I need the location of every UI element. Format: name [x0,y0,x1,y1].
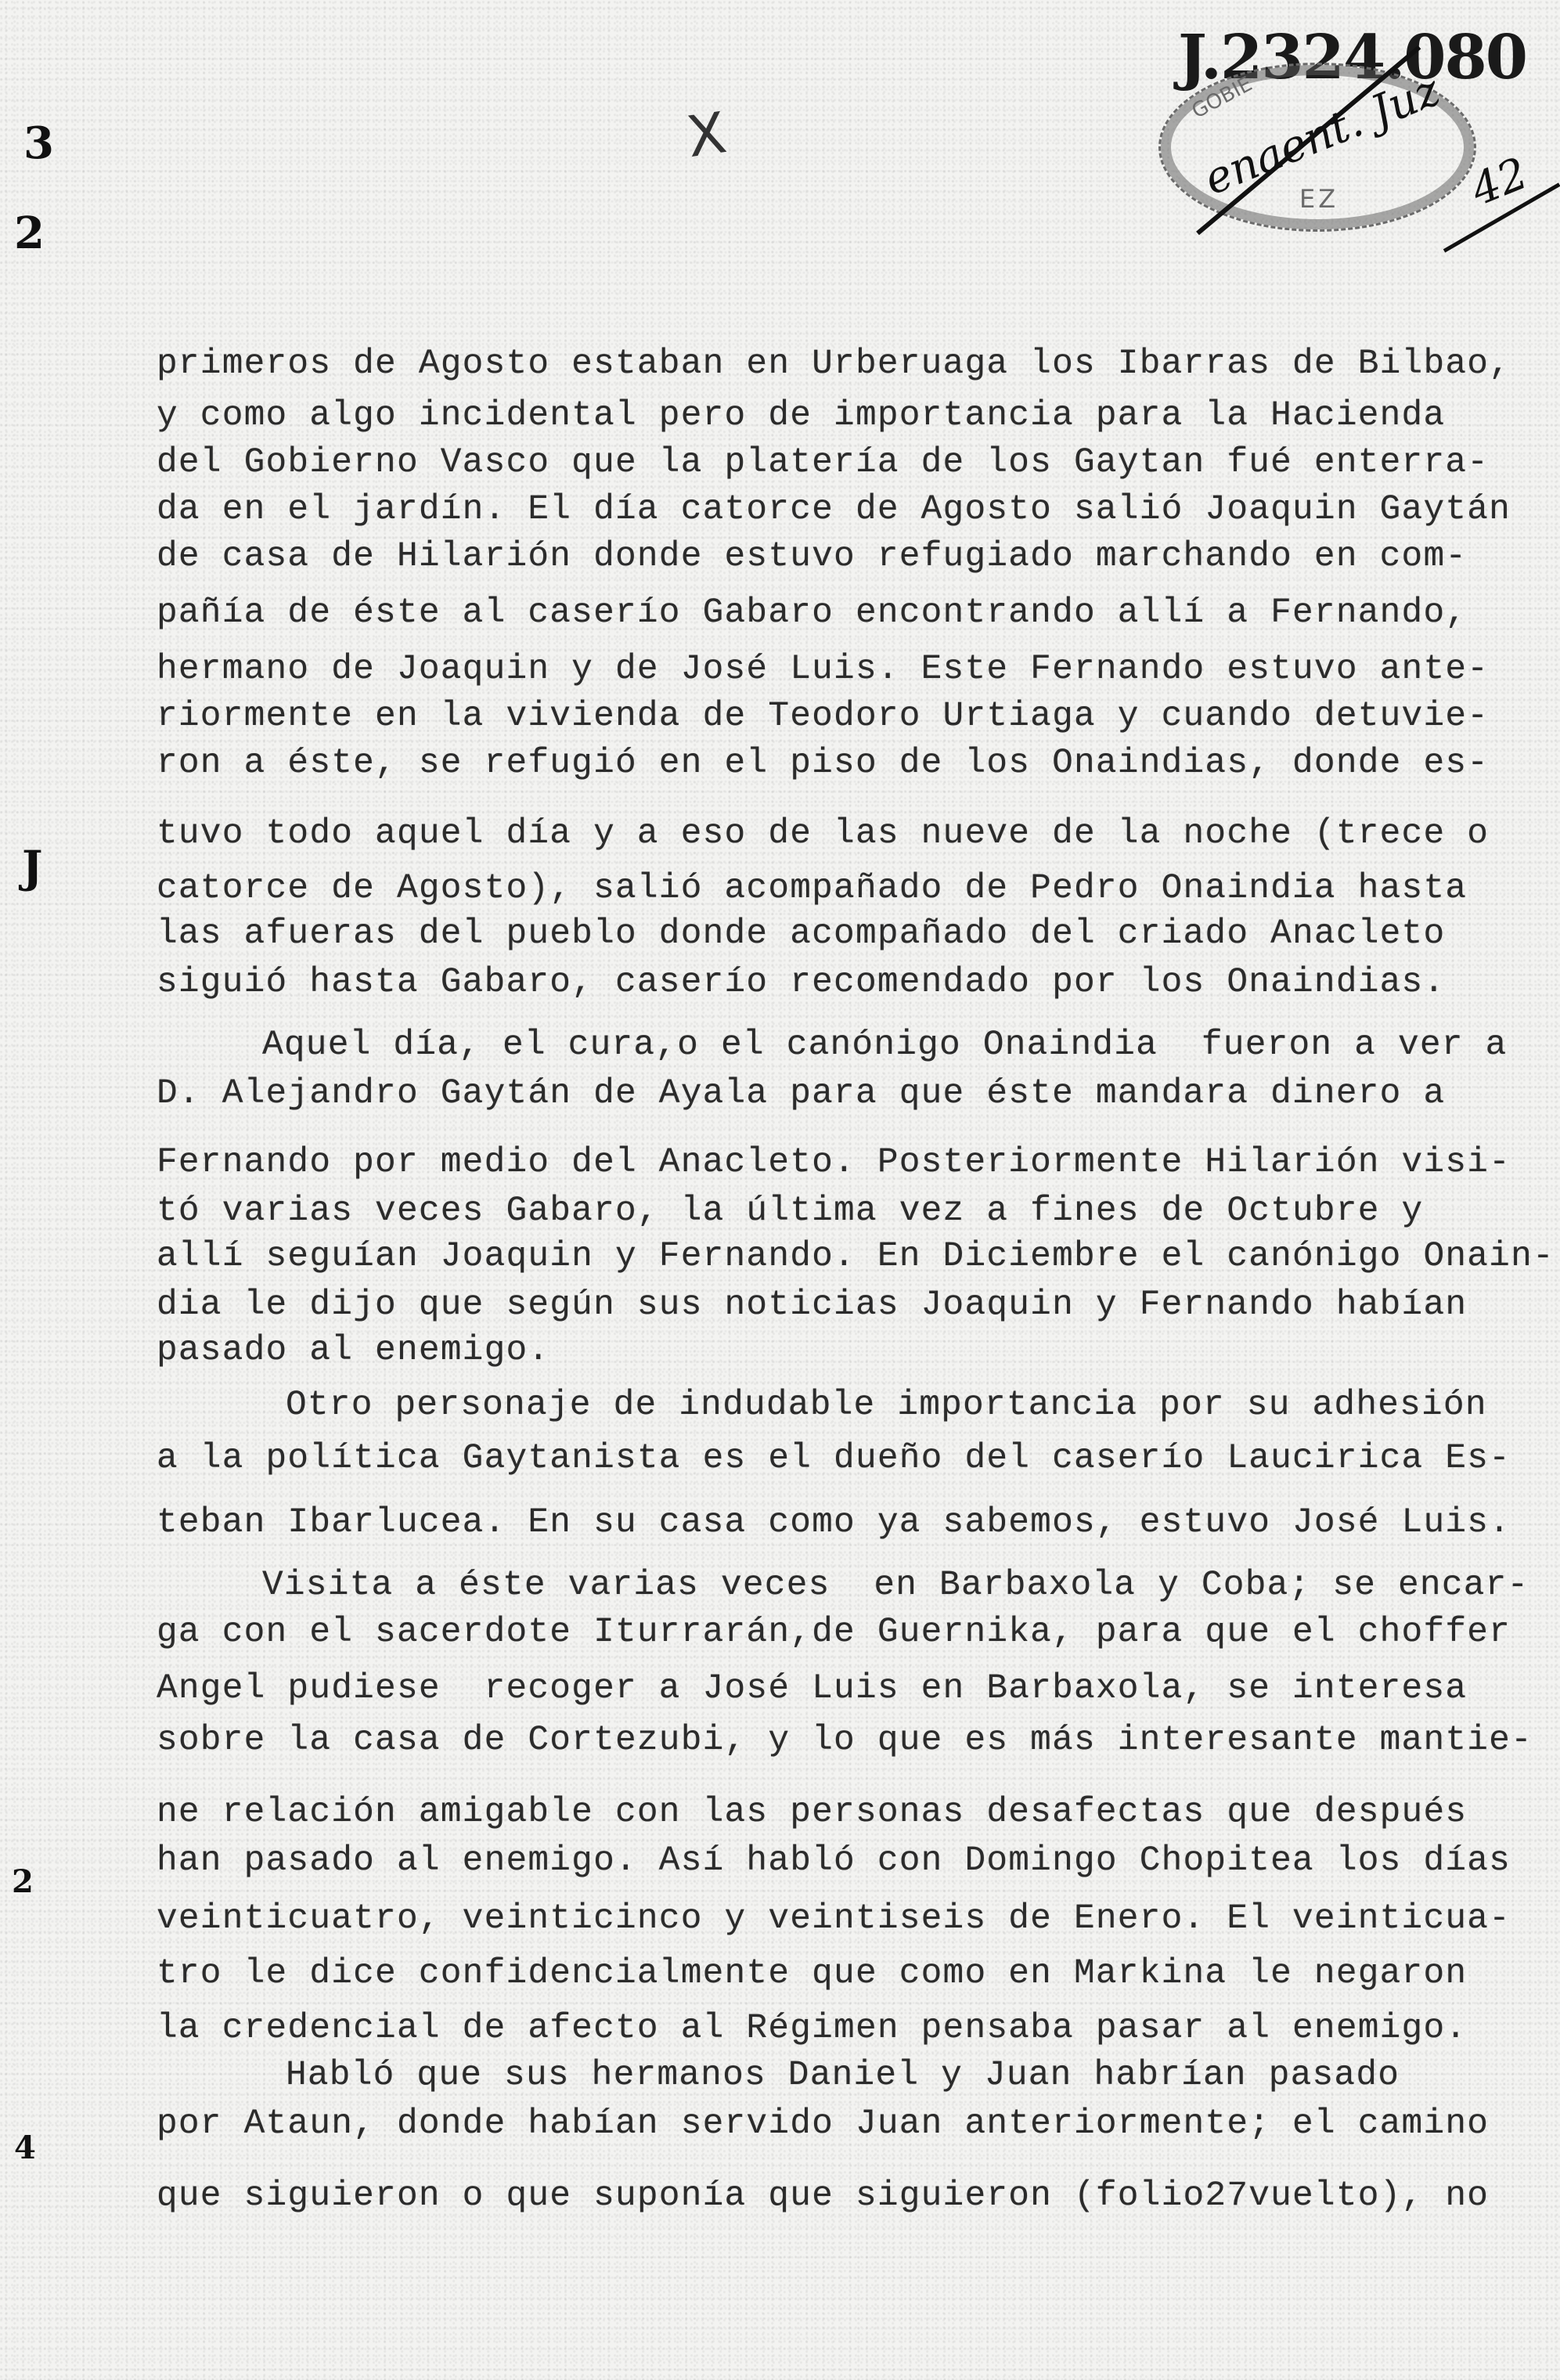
margin-mark: 4 [14,2129,36,2166]
text-line: ne relación amigable con las personas de… [157,1793,1467,1832]
margin-mark: 2 [14,207,45,259]
text-line: Visita a éste varias veces en Barbaxola … [262,1566,1529,1605]
text-line: a la política Gaytanista es el dueño del… [157,1439,1511,1478]
stamp-bottom-text: EZ [1299,184,1338,214]
text-line: siguió hasta Gabaro, caserío recomendado… [157,963,1445,1002]
text-line: ron a éste, se refugió en el piso de los… [157,744,1489,783]
text-line: catorce de Agosto), salió acompañado de … [157,869,1467,908]
text-line: D. Alejandro Gaytán de Ayala para que és… [157,1074,1445,1113]
text-line: dia le dijo que según sus noticias Joaqu… [157,1286,1467,1325]
text-line: Otro personaje de indudable importancia … [286,1386,1487,1425]
text-line: tro le dice confidencialmente que como e… [157,1954,1467,1993]
text-line: Aquel día, el cura,o el canónigo Onaindi… [262,1026,1508,1065]
text-line: Habló que sus hermanos Daniel y Juan hab… [286,2056,1400,2095]
text-line: teban Ibarlucea. En su casa como ya sabe… [157,1503,1511,1542]
text-line: tuvo todo aquel día y a eso de las nueve… [157,814,1489,853]
text-line: ga con el sacerdote Iturrarán,de Guernik… [157,1613,1511,1652]
text-line: pasado al enemigo. [157,1331,549,1370]
text-line: del Gobierno Vasco que la platería de lo… [157,443,1489,482]
text-line: Angel pudiese recoger a José Luis en Bar… [157,1669,1467,1708]
text-line: han pasado al enemigo. Así habló con Dom… [157,1841,1511,1881]
corner-x-mark: X [683,99,730,170]
text-line: pañía de éste al caserío Gabaro encontra… [157,593,1467,633]
margin-mark: 2 [12,1863,34,1900]
text-line: que siguieron o que suponía que siguiero… [157,2176,1489,2216]
text-line: riormente en la vivienda de Teodoro Urti… [157,697,1489,736]
text-line: da en el jardín. El día catorce de Agost… [157,490,1511,529]
margin-mark: J [22,842,43,893]
text-line: por Ataun, donde habían servido Juan ant… [157,2104,1489,2144]
text-line: veinticuatro, veinticinco y veintiseis d… [157,1899,1511,1938]
text-line: allí seguían Joaquin y Fernando. En Dici… [157,1237,1555,1276]
margin-mark: 3 [23,117,54,169]
text-line: tó varias veces Gabaro, la última vez a … [157,1192,1423,1231]
document-page: J.2324.080 GOBIE EZ enaent. Juz 42 X 3 2… [0,0,1560,2380]
text-line: y como algo incidental pero de importanc… [157,396,1445,435]
text-line: Fernando por medio del Anacleto. Posteri… [157,1143,1511,1182]
text-line: de casa de Hilarión donde estuvo refugia… [157,537,1467,576]
text-line: primeros de Agosto estaban en Urberuaga … [157,344,1511,384]
text-line: hermano de Joaquin y de José Luis. Este … [157,650,1489,689]
text-line: las afueras del pueblo donde acompañado … [157,914,1445,954]
text-line: la credencial de afecto al Régimen pensa… [157,2009,1467,2048]
text-line: sobre la casa de Cortezubi, y lo que es … [157,1721,1533,1760]
